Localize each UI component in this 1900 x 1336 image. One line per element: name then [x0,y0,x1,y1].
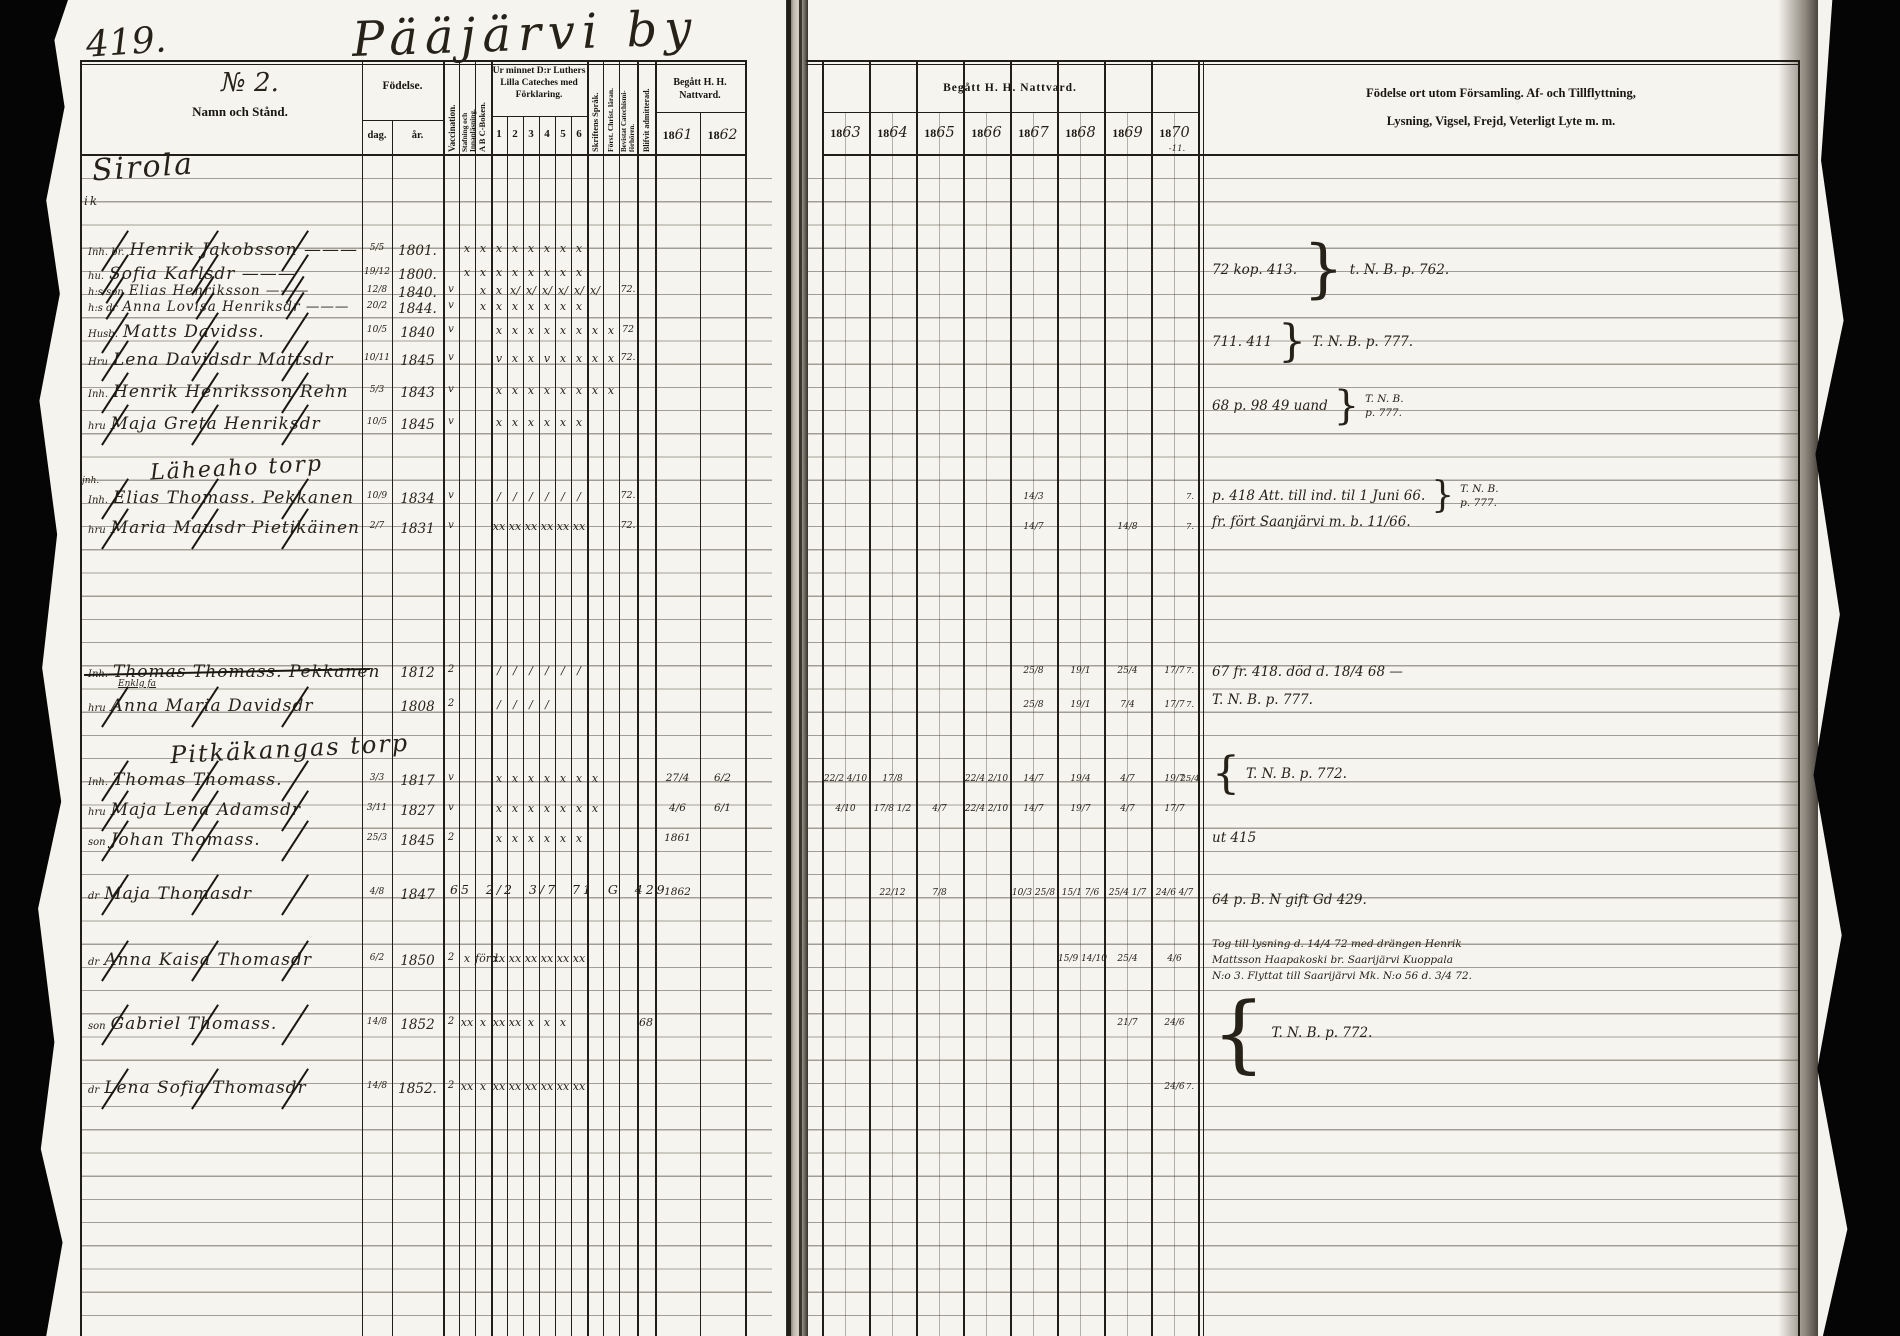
note-text: T. N. B. p. 777. [1365,392,1403,420]
mark-cell-n61: 4/6 [655,802,700,814]
mark-cell-vacc: 2 [443,952,459,963]
grid-horizontal-line [362,120,443,121]
left-year-1862: 1862 [700,126,745,144]
mark-cell-c4: v [539,352,555,365]
mark-cell-c1: x [491,242,507,255]
grid-vertical-line [869,60,871,1336]
person-row: Inh. br.Henrik Jakobsson ——— [88,240,362,260]
communion-date-1867: 14/3 [1011,492,1056,502]
mark-cell-c5: x [555,300,571,313]
farm-heading: Sirola [91,146,195,188]
mark-cell-sprak: x [587,802,603,815]
mark-cell-sprak: x [587,352,603,365]
note-text: 68 p. 98 49 uand [1212,398,1328,414]
mark-cell-c5: x [555,352,571,365]
year-hand-digits: 65 [936,125,954,141]
communion-date-1868: 19/7 [1058,804,1103,814]
communion-date-1867: 14/7 [1011,804,1056,814]
mark-cell-c2: x [507,802,523,815]
person-prefix: hru [88,807,106,818]
mark-cell-sprak: x [587,324,603,337]
farm-heading: ik [84,194,99,208]
note-entry: 67 fr. 418. död d. 18/4 68 — [1212,664,1403,680]
grid-horizontal-line [806,64,1798,65]
notes-column-header-line2: Lysning, Vigsel, Frejd, Veterligt Lyte m… [1208,114,1794,129]
communion-date-1863: 4/10 [823,804,868,814]
mark-cell-c3: x [523,1016,539,1029]
mark-cell-c2: x [507,384,523,397]
person-row: Husb.Matts Davidss. [88,322,362,342]
mark-cell-abc: x [475,242,491,255]
note-brace: } [1334,395,1359,417]
note-text: Tog till lysning d. 14/4 72 med drängen … [1212,936,1472,984]
column-ar-header: år. [392,130,443,141]
mark-cell-c2: xx [507,520,523,533]
note-brace: } [1278,330,1306,354]
note-entry: 68 p. 98 49 uand}T. N. B. p. 777. [1212,392,1404,420]
grid-vertical-line [963,60,965,1336]
note-entry: {T. N. B. p. 772. [1212,1010,1372,1056]
birth-year: 1817 [392,773,443,789]
communion-date-1869: 4/7 [1105,774,1150,784]
mark-cell-c2: x [507,324,523,337]
mark-cell-c3: x [523,352,539,365]
birth-day: 10/9 [362,491,392,501]
note-brace: } [1303,252,1344,287]
mark-cell-c4: x [539,300,555,313]
mark-cell-c1: xx [491,1080,507,1093]
mark-cell-c1: v [491,352,507,365]
mark-cell-vacc: v [443,284,459,295]
right-year-1869: 1869 [1104,124,1151,142]
mark-cell-c6: xx [571,952,587,965]
person-row: sonJohan Thomass. [88,830,362,850]
communion-date-1869: 4/7 [1105,804,1150,814]
mark-cell-adm: 68 [637,1016,655,1029]
communion-date-1870: 24/6 [1152,1018,1197,1028]
mark-cell-c2: xx [507,952,523,965]
column-forhoren-header: Bevistat Catechismi- förhören. [621,64,637,152]
mark-cell-vacc: v [443,416,459,427]
year-hand-digits: 70 [1171,125,1189,141]
mark-cell-c2: x [507,300,523,313]
person-name: Henrik Jakobsson ——— [129,240,358,260]
mark-cell-c2: x [507,832,523,845]
note-text: 67 fr. 418. död d. 18/4 68 — [1212,664,1403,680]
birth-year: 1844. [392,301,443,317]
note-entry: ut 415 [1212,830,1256,846]
person-prefix: dr [88,957,99,968]
mark-cell-c5: x [555,802,571,815]
birth-day: 14/8 [362,1017,392,1027]
note-entry: Tog till lysning d. 14/4 72 med drängen … [1212,936,1472,984]
birth-year: 1852 [392,1017,443,1033]
mark-cell-c5: x [555,384,571,397]
note-entry: 64 p. B. N gift Gd 429. [1212,892,1367,908]
communion-date-1867: 10/3 25/8 [1011,888,1056,898]
mark-cell-c4: x [539,324,555,337]
left-year-1861: 1861 [655,126,700,144]
person-name: Matts Davidss. [123,322,265,342]
mark-cell-forst: x [603,384,619,397]
mark-cell-c1: / [491,664,507,677]
mark-cell-c4: x [539,1016,555,1029]
note-text: T. N. B. p. 777. [1312,335,1413,349]
mark-cell-c1: / [491,698,507,711]
birth-year: 1812 [392,665,443,681]
person-name: Thomas Thomass. [113,770,283,790]
mark-cell-c5: x [555,242,571,255]
birth-day: 19/12 [362,267,392,277]
mark-cell-forh: 72. [619,490,637,501]
mark-cell-c2: x [507,416,523,429]
right-year-1867: 1867 [1010,124,1057,142]
person-prefix: Inh. [88,777,108,788]
mark-cell-c6: x [571,832,587,845]
person-prefix: Inh. br. [88,247,124,258]
person-prefix: hru [88,525,106,536]
person-row: Inh.Elias Thomass. Pekkanen [88,488,362,508]
mark-cell-vacc: v [443,490,459,501]
person-prefix: dr [88,891,99,902]
cateches-subcolumn-number: 3 [523,128,539,140]
communion-date-1866: 22/4 2/10 [964,804,1009,814]
mark-cell-vacc: 2 [443,664,459,675]
mark-cell-c5: / [555,664,571,677]
mark-cell-c6: xx [571,1080,587,1093]
communion-date-1868: 15/1 7/6 [1058,888,1103,898]
grid-vertical-line [637,60,639,1336]
mark-cell-forh: 72. [619,520,637,531]
mark-cell-c6: x [571,384,587,397]
birth-year: 1827 [392,803,443,819]
mark-cell-c5: / [555,490,571,503]
grid-horizontal-line [80,60,745,62]
right-year-1866: 1866 [963,124,1010,142]
column-sprak-header: Skriftens Språk. [591,66,601,152]
mark-cell-staf: x [459,952,475,965]
cateches-subcolumn-number: 5 [555,128,571,140]
birth-year: 1800. [392,267,443,283]
mark-cell-c2: / [507,698,523,711]
mark-cell-sprak: x [587,384,603,397]
mark-cell-c3: x/ [523,284,539,297]
mark-cell-n61: 27/4 [655,772,700,784]
mark-cell-c6: x [571,300,587,313]
communion-date-1864: 17/8 [870,774,915,784]
fold-line-right [799,0,802,1336]
mark-cell-c1: x [491,284,507,297]
mark-cell-c4: x [539,772,555,785]
mark-cell-abc: x [475,300,491,313]
year-hand-digits: 68 [1077,125,1095,141]
mark-cell-c4: x [539,802,555,815]
communion-date-1864: 17/8 1/2 [870,804,915,814]
mark-cell-c5: x [555,832,571,845]
column-namn-header: Namn och Stånd. [130,104,350,120]
year-printed-prefix: 18 [1159,126,1171,140]
grid-horizontal-line [822,112,1198,113]
communion-date-1863: 22/2 4/10 [823,774,868,784]
person-prefix: hru [88,703,106,714]
grid-vertical-line-faint [939,112,940,1336]
grid-vertical-line [655,60,657,1336]
mark-cell-c2: x [507,266,523,279]
grid-horizontal-line [80,64,745,65]
mark-cell-c1: x [491,266,507,279]
mark-cell-staf: xx [459,1016,475,1029]
person-name: Anna Lovisa Henriksdr ——— [122,299,349,315]
mark-cell-c3: x [523,300,539,313]
note-text: t. N. B. p. 762. [1350,263,1449,277]
right-year-1868: 1868 [1057,124,1104,142]
person-name: Elias Thomass. Pekkanen [113,488,354,508]
mark-cell-c3: x [523,266,539,279]
year-printed-prefix: 18 [1112,126,1124,140]
mark-cell-c5: x [555,416,571,429]
mark-cell-c3: x [523,384,539,397]
mark-cell-forh: 72. [619,352,637,363]
right-year-1870: 1870 [1151,124,1198,142]
mark-cell-c4: xx [539,1080,555,1093]
communion-date-1867: 25/8 [1011,666,1056,676]
mark-cell-c2: xx [507,1016,523,1029]
note-entry: p. 418 Att. till ind. til 1 Juni 66.}T. … [1212,482,1499,510]
mark-cell-c3: xx [523,520,539,533]
mark-cell-c4: x/ [539,284,555,297]
column-cateches-header: Ur minnet D:r Luthers Lilla Cateches med… [492,66,586,102]
person-row: sonGabriel Thomass. [88,1014,362,1034]
year-hand-digits: 62 [720,127,738,143]
year-hand-digits: 64 [889,125,907,141]
birth-day: 5/3 [362,385,392,395]
note-entry: fr. fört Saanjärvi m. b. 11/66. [1212,514,1411,530]
mark-cell-c6: x [571,324,587,337]
cateches-subcolumn-number: 1 [491,128,507,140]
mark-cell-c5: x/ [555,284,571,297]
mark-cell-n62: 6/2 [700,772,745,784]
mark-cell-vacc: v [443,384,459,395]
cateches-subcolumn-number: 4 [539,128,555,140]
overwritten-figures: 65 2/2 3/7 71 G 429 [450,882,690,897]
year-hand-digits: 69 [1124,125,1142,141]
year-printed-prefix: 18 [971,126,983,140]
edge-mark: 25/4 [1178,774,1202,784]
mark-cell-c1: x [491,384,507,397]
person-prefix: h:s son [88,287,124,298]
mark-cell-c6: x [571,352,587,365]
person-prefix: dr [88,1085,99,1096]
mark-cell-n61: 1862 [655,886,700,898]
birth-year: 1850 [392,953,443,969]
communion-date-1868: 19/1 [1058,666,1103,676]
person-name: Anna Maria Davidsdr [111,696,314,716]
person-name: Henrik Henriksson Rehn [113,382,349,402]
mark-cell-c6: / [571,664,587,677]
left-nattvard-header: Begått H. H. Nattvard. [655,76,745,102]
mark-cell-c1: x [491,772,507,785]
birth-year: 1840. [392,285,443,301]
column-dag-header: dag. [362,130,392,141]
mark-cell-vacc: v [443,520,459,531]
mark-cell-c6: xx [571,520,587,533]
birth-day: 2/7 [362,521,392,531]
year-hand-digits: 66 [983,125,1001,141]
mark-cell-vacc: 2 [443,1016,459,1027]
mark-cell-vacc: v [443,324,459,335]
person-prefix: Inh. [88,389,108,400]
notes-column-header-line1: Födelse ort utom Församling. Af- och Til… [1208,86,1794,101]
year-printed-prefix: 18 [1065,126,1077,140]
page-number: 419. [85,19,168,65]
mark-cell-vacc: v [443,772,459,783]
mark-cell-c3: / [523,490,539,503]
mark-cell-c4: / [539,490,555,503]
grid-vertical-line [1151,60,1153,1336]
mark-cell-c3: x [523,802,539,815]
birth-day: 20/2 [362,301,392,311]
column-abc-header: A B C-Boken. [478,66,488,152]
birth-day: 3/11 [362,803,392,813]
mark-cell-c6: x [571,802,587,815]
mark-cell-vacc: 2 [443,832,459,843]
column-fodelse-header: Födelse. [362,80,443,92]
mark-cell-n62: 6/1 [700,802,745,814]
mark-cell-c3: xx [523,1080,539,1093]
cateches-subcolumn-number: 2 [507,128,523,140]
year-printed-prefix: 18 [877,126,889,140]
note-brace: { [1212,1010,1265,1056]
mark-cell-c3: / [523,664,539,677]
mark-cell-c6: x [571,266,587,279]
scanned-parish-register: 419. Pääjärvi by № 2. Namn och Stånd. Fö… [0,0,1900,1336]
birth-day: 5/5 [362,243,392,253]
communion-date-1867: 25/8 [1011,700,1056,710]
person-name: Maria Mausdr Pietikäinen [111,518,360,538]
mark-cell-c6: / [571,490,587,503]
communion-date-1867: 14/7 [1011,774,1056,784]
grid-vertical-line-faint [1033,112,1034,1336]
communion-date-1869: 25/4 1/7 [1105,888,1150,898]
mark-cell-staf: xx [459,1080,475,1093]
communion-date-1868: 19/1 [1058,700,1103,710]
birth-day: 10/5 [362,417,392,427]
mark-cell-c1: xx [491,1016,507,1029]
mark-cell-c5: xx [555,952,571,965]
fold-line-left [787,0,791,1336]
note-text: 72 kop. 413. [1212,262,1297,278]
column-no-label: № 2. [160,68,340,98]
column-forst-header: Först. Christ. läran. [607,66,615,152]
mark-cell-c4: x [539,242,555,255]
mark-cell-abc: x [475,1080,491,1093]
grid-horizontal-line [822,154,1798,156]
mark-cell-c5: xx [555,520,571,533]
grid-vertical-line [80,60,82,1336]
mark-cell-sprak: x [587,772,603,785]
birth-year: 1840 [392,325,443,341]
mark-cell-c1: / [491,490,507,503]
mark-cell-c4: xx [539,520,555,533]
communion-date-1866: 22/4 2/10 [964,774,1009,784]
mark-cell-c1: x [491,300,507,313]
mark-cell-c2: / [507,490,523,503]
right-year-1863: 1863 [822,124,869,142]
mark-cell-c5: x [555,324,571,337]
mark-cell-c4: x [539,416,555,429]
year-hand-digits: 61 [675,127,693,143]
note-entry: 711. 411}T. N. B. p. 777. [1212,330,1413,354]
grid-vertical-line [1010,60,1012,1336]
birth-day: 25/3 [362,833,392,843]
right-years-note: -11. [1162,144,1192,154]
grid-vertical-line [1798,60,1800,1336]
birth-year: 1831 [392,521,443,537]
column-vaccination-header: Vaccination. [447,64,457,152]
communion-date-1864: 22/12 [870,888,915,898]
year-hand-digits: 67 [1030,125,1048,141]
person-row: hruMaria Mausdr Pietikäinen [88,518,362,538]
mark-cell-c4: x [539,832,555,845]
person-name: Elias Henriksson ——— [129,283,310,299]
grid-vertical-line [1203,60,1204,1336]
grid-vertical-line [619,60,620,1336]
mark-cell-c4: x [539,384,555,397]
grid-horizontal-line [655,112,745,113]
year-printed-prefix: 18 [663,128,675,142]
person-prefix: Hru [88,357,108,368]
note-text: 64 p. B. N gift Gd 429. [1212,892,1367,908]
grid-vertical-line-faint [845,112,846,1336]
column-admitterad-header: Blifvit admitterad. [643,66,652,152]
person-prefix: Inh. [88,495,108,506]
mark-cell-c3: x [523,832,539,845]
mark-cell-vacc: v [443,352,459,363]
note-brace: } [1431,486,1454,506]
birth-year: 1834 [392,491,443,507]
communion-date-1869: 21/7 [1105,1018,1150,1028]
mark-cell-c1: xx [491,952,507,965]
mark-cell-forh: 72 [619,324,637,335]
communion-date-1869: 7/4 [1105,700,1150,710]
person-row: hruMaja Greta Henriksdr [88,414,362,434]
birth-year: 1845 [392,353,443,369]
birth-day: 10/5 [362,325,392,335]
grid-vertical-line-faint [1080,112,1081,1336]
person-name: Gabriel Thomass. [111,1014,278,1034]
mark-cell-c4: xx [539,952,555,965]
mark-cell-c6: x [571,242,587,255]
mark-cell-c6: x/ [571,284,587,297]
note-text: p. 418 Att. till ind. til 1 Juni 66. [1212,488,1425,504]
mark-cell-abc: förd. [475,952,491,965]
mark-cell-c1: xx [491,520,507,533]
edge-mark: 7. [1178,492,1202,502]
grid-vertical-line [587,60,589,1336]
person-prefix: son [88,837,106,848]
edge-mark: 7. [1178,666,1202,676]
grid-vertical-line [1198,60,1200,1336]
mark-cell-c2: x/ [507,284,523,297]
note-text: T. N. B. p. 772. [1246,767,1347,781]
person-prefix: son [88,1021,106,1032]
grid-vertical-line [745,60,747,1336]
edge-mark: 7. [1178,700,1202,710]
communion-date-1865: 4/7 [917,804,962,814]
note-text: fr. fört Saanjärvi m. b. 11/66. [1212,514,1411,530]
person-annotation: Enklg fa [118,679,156,689]
mark-cell-vacc: v [443,802,459,813]
